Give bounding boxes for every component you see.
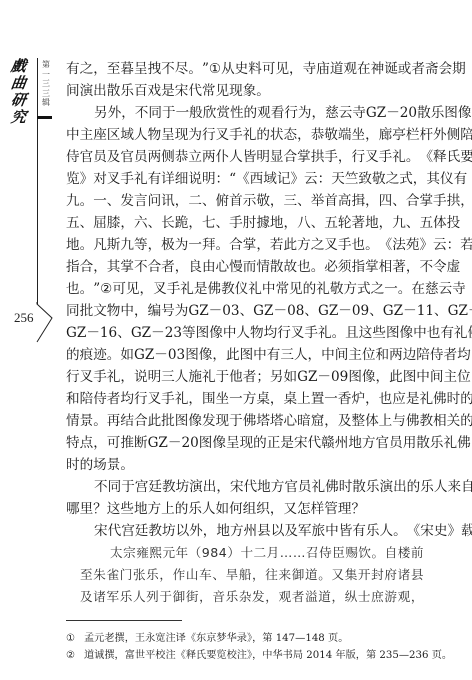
- text-line: 另外，不同于一般欣赏性的观看行为，慈云寺GZ－20散乐图像: [66, 102, 438, 124]
- logo-char: 曲: [10, 75, 27, 92]
- text-line: 哪里？这些地方上的乐人如何组织，又怎样管理？: [66, 498, 438, 520]
- footnote-text: 孟元老撰，王永宽注译《东京梦华录》，第 147—148 页。: [84, 633, 348, 644]
- text-line: 侍官员及官员两侧恭立两仆人皆明显合掌拱手，行叉手礼。《释氏要: [66, 146, 438, 168]
- text-line: 特点，可推断GZ－20图像呈现的正是宋代赣州地方官员用散乐礼佛: [66, 432, 438, 454]
- footnote: ②道诚撰，富世平校注《释氏要览校注》，中华书局 2014 年版，第 235—23…: [66, 647, 446, 664]
- volume-char: 第: [40, 60, 52, 70]
- text-line: 行叉手礼，说明三人施礼于他者；另如GZ－09图像，此图中间主位: [66, 366, 438, 388]
- volume-char: 一: [40, 70, 52, 80]
- book-page: 戲 曲 研 究 第 一 三 三 辑 256 有之，至暮呈拽不尽。”①从史料可见，…: [0, 0, 472, 680]
- text-line: 和陪侍者均行叉手礼，围坐一方桌，桌上置一香炉，也应是礼佛时的: [66, 388, 438, 410]
- footnote-mark: ②: [66, 647, 84, 664]
- footnote: ①孟元老撰，王永宽注译《东京梦华录》，第 147—148 页。: [66, 630, 446, 647]
- text-line: 也。”②可见，叉手礼是佛教仪礼中常见的礼敬方式之一。在慈云寺: [66, 278, 438, 300]
- text-line: 有之，至暮呈拽不尽。”①从史料可见，寺庙道观在神诞或者斋会期: [66, 58, 438, 80]
- text-line: 不同于宫廷教坊演出，宋代地方官员礼佛时散乐演出的乐人来自: [66, 476, 438, 498]
- text-line: 九。一、发言问讯，二、俯首示敬，三、举首高揖，四、合掌手拱，: [66, 190, 438, 212]
- text-line: 指合，其掌不合者，良由心慢而情散故也。必须指掌相著，不令虚: [66, 256, 438, 278]
- text-line: 五、屈膝，六、长跪，七、手肘據地，八、五轮著地，九、五体投: [66, 212, 438, 234]
- text-line: 览》对叉手礼有详细说明：“《西域记》云：天竺致敬之式，其仪有: [66, 168, 438, 190]
- text-line: 中主座区域人物呈现为行叉手礼的状态，恭敬端坐，廊亭栏杆外侧陪: [66, 124, 438, 146]
- volume-label: 第 一 三 三 辑: [40, 60, 52, 108]
- text-line: 宋代宫廷教坊以外，地方州县以及军旅中皆有乐人。《宋史》载：: [66, 520, 438, 542]
- text-line: 至朱雀门张乐，作山车、旱船，往来御道。又集开封府诸县: [80, 564, 424, 586]
- footnote-text: 道诚撰，富世平校注《释氏要览校注》，中华书局 2014 年版，第 235—236…: [84, 650, 452, 661]
- volume-char: 三: [40, 79, 52, 89]
- text-line: 时的场景。: [66, 454, 438, 476]
- footnote-mark: ①: [66, 630, 84, 647]
- text-line: 同批文物中，编号为GZ－03、GZ－08、GZ－09、GZ－11、GZ－12、: [66, 300, 438, 322]
- footnote-separator: [66, 620, 182, 621]
- text-line: 太宗雍熙元年（984）十二月……召侍臣赐饮。自楼前: [80, 542, 424, 564]
- logo-char: 研: [10, 92, 27, 109]
- text-line: 及诸军乐人列于御街，音乐杂发，观者溢道，纵士庶游观，: [80, 586, 424, 608]
- logo-char: 究: [10, 109, 27, 126]
- block-quote: 太宗雍熙元年（984）十二月……召侍臣赐饮。自楼前至朱雀门张乐，作山车、旱船，往…: [66, 542, 438, 608]
- journal-logo: 戲 曲 研 究: [4, 58, 34, 128]
- body-text: 有之，至暮呈拽不尽。”①从史料可见，寺庙道观在神诞或者斋会期间演出散乐百戏是宋代…: [66, 58, 438, 608]
- footnotes: ①孟元老撰，王永宽注译《东京梦华录》，第 147—148 页。②道诚撰，富世平校…: [66, 630, 446, 664]
- text-line: 的痕迹。如GZ－03图像，此图中有三人，中间主位和两边陪侍者均: [66, 344, 438, 366]
- text-line: 间演出散乐百戏是宋代常见现象。: [66, 80, 438, 102]
- logo-char: 戲: [10, 58, 27, 75]
- text-line: GZ－16、GZ－23等图像中人物均行叉手礼。且这些图像中也有礼佛: [66, 322, 438, 344]
- margin-rule: [37, 58, 38, 304]
- margin-bar: [37, 116, 52, 119]
- volume-char: 辑: [40, 98, 52, 108]
- volume-char: 三: [40, 89, 52, 99]
- text-line: 地。凡斯九等，极为一拜。合掌，若此方之叉手也。《法苑》云：若: [66, 234, 438, 256]
- text-line: 情景。再结合此批图像发现于佛塔塔心暗窟，及整体上与佛教相关的: [66, 410, 438, 432]
- page-marker-chevron-icon: [30, 300, 60, 345]
- page-number: 256: [14, 310, 34, 326]
